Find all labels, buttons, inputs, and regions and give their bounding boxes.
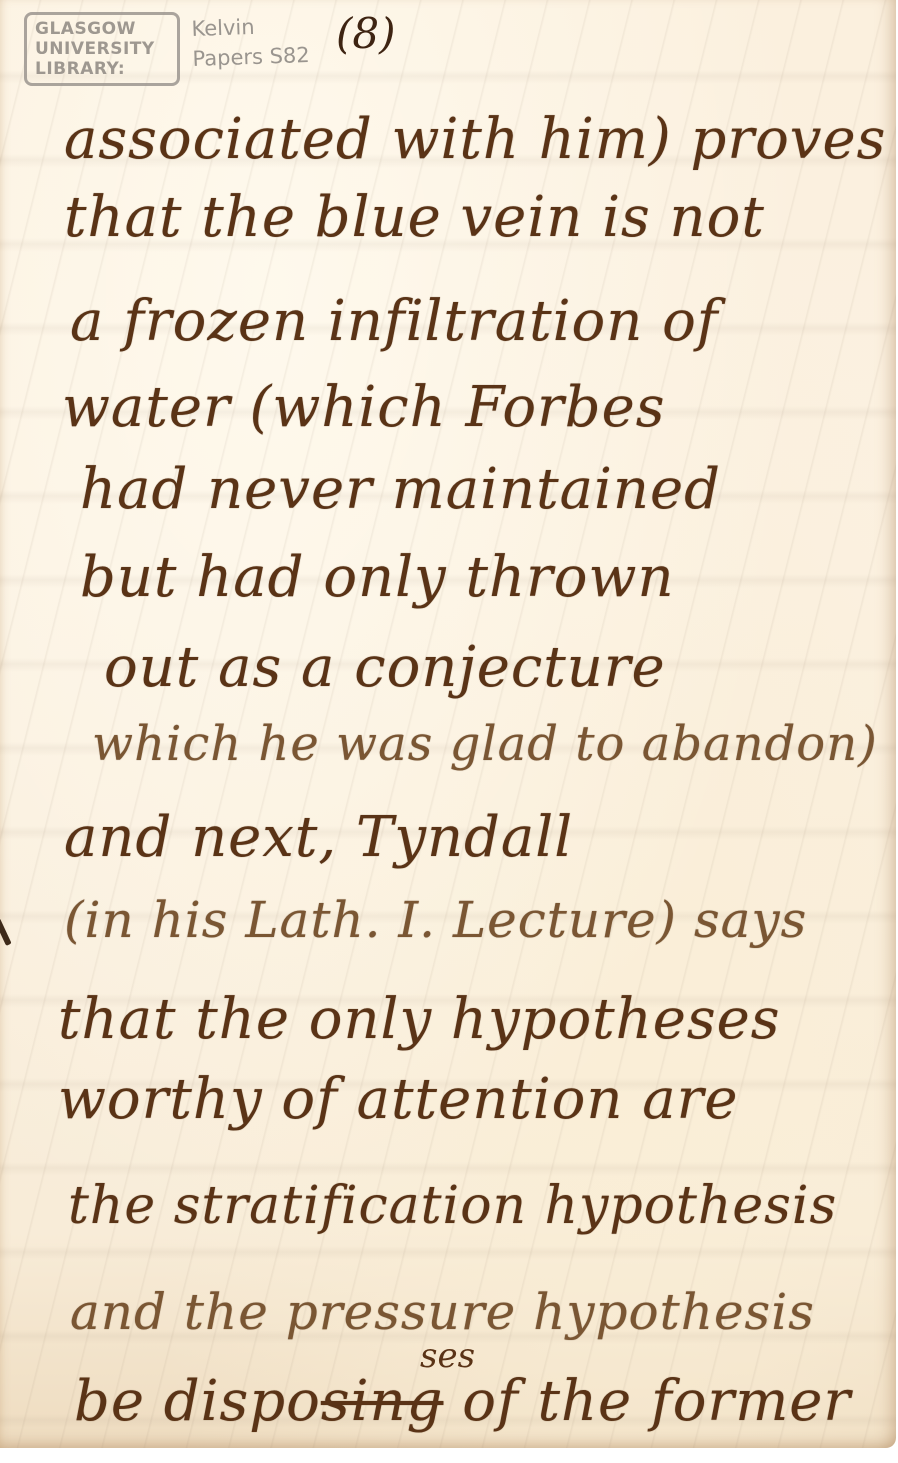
manuscript-line-8: which he was glad to abandon) [92,712,878,776]
manuscript-line-3: a frozen infiltration of [70,290,719,354]
pencil-note-line-2: Papers S82 [192,40,310,74]
margin-ink-mark [0,918,12,946]
stamp-line-3: LIBRARY: [35,59,177,79]
manuscript-line-9: and next, Tyndall [64,806,573,870]
library-stamp: GLASGOW UNIVERSITY LIBRARY: [24,12,180,86]
line-15-start: be dispo [74,1369,321,1434]
manuscript-line-2: that the blue vein is not [64,186,765,250]
manuscript-line-7: out as a conjecture [104,636,666,700]
manuscript-line-10: (in his Lath. I. Lecture) says [64,888,807,952]
manuscript-line-6: but had only thrown [80,546,675,610]
pencil-note-line-1: Kelvin [191,10,309,44]
manuscript-line-4: water (which Forbes [62,376,666,440]
pencil-catalog-note: Kelvin Papers S82 [191,10,310,74]
manuscript-line-11: that the only hypotheses [58,988,781,1052]
manuscript-page: GLASGOW UNIVERSITY LIBRARY: Kelvin Paper… [0,0,896,1448]
manuscript-line-15: be disposing of the former [74,1370,851,1434]
manuscript-line-5: had never maintained [80,458,721,522]
manuscript-line-12: worthy of attention are [58,1068,739,1132]
manuscript-line-13: the stratification hypothesis [68,1174,837,1238]
struck-through-text: sing [321,1369,444,1434]
page-number: (8) [336,10,396,58]
manuscript-line-14: and the pressure hypothesis [70,1280,815,1344]
stamp-line-1: GLASGOW [35,19,177,39]
manuscript-line-1: associated with him) proves [64,108,886,172]
line-15-end: of the former [443,1369,851,1434]
stamp-line-2: UNIVERSITY [35,39,177,59]
